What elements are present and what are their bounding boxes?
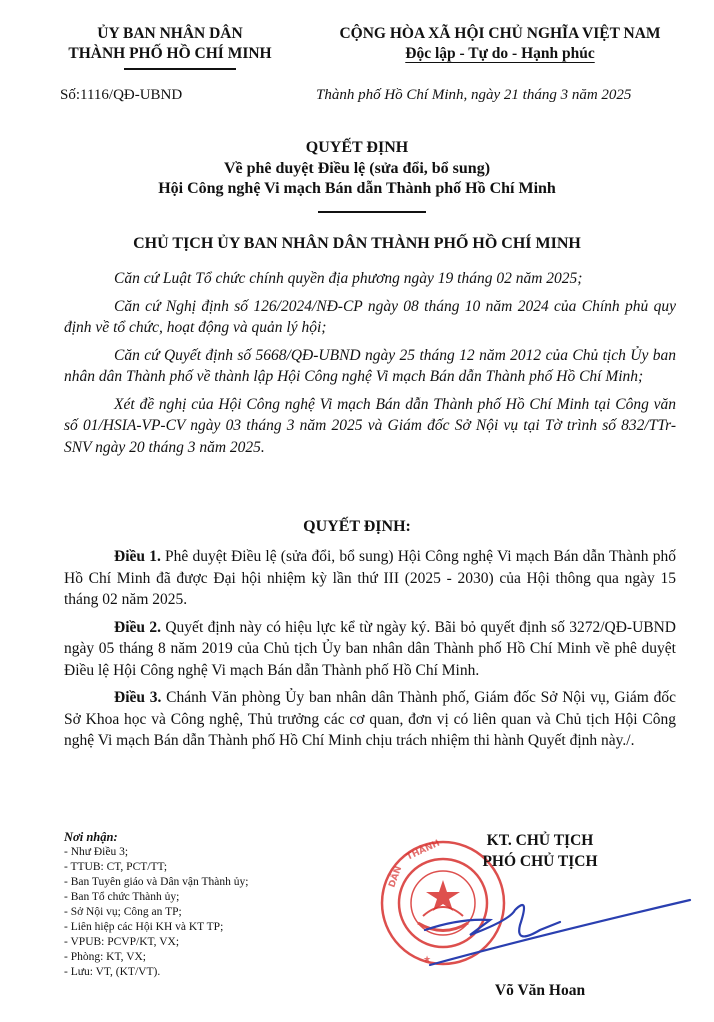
issuer-line-1: ỦY BAN NHÂN DÂN: [40, 24, 300, 44]
signature-title-1: KT. CHỦ TỊCH: [440, 830, 640, 851]
recipient-item: - Lưu: VT, (KT/VT).: [64, 965, 248, 980]
nation-line-1: CỘNG HÒA XÃ HỘI CHỦ NGHĨA VIỆT NAM: [300, 24, 700, 44]
article-label: Điều 1.: [114, 548, 161, 565]
recipient-item: - VPUB: PCVP/KT, VX;: [64, 935, 248, 950]
recipient-item: - Ban Tổ chức Thành ủy;: [64, 890, 248, 905]
signer-name: Võ Văn Hoan: [440, 982, 640, 1000]
document-number: Số:1116/QĐ-UBND: [60, 87, 182, 104]
signature-block: KT. CHỦ TỊCH PHÓ CHỦ TỊCH: [440, 830, 640, 872]
authority-heading: CHỦ TỊCH ỦY BAN NHÂN DÂN THÀNH PHỐ HỒ CH…: [0, 235, 714, 253]
issuer-header: ỦY BAN NHÂN DÂN THÀNH PHỐ HỒ CHÍ MINH: [40, 24, 300, 64]
recipient-item: - Phòng: KT, VX;: [64, 950, 248, 965]
recipient-item: - TTUB: CT, PCT/TT;: [64, 860, 248, 875]
decision-subheading: QUYẾT ĐỊNH:: [0, 518, 714, 536]
nation-motto: Độc lập - Tự do - Hạnh phúc: [405, 45, 594, 62]
article-3: Điều 3. Chánh Văn phòng Ủy ban nhân dân …: [64, 687, 676, 752]
handwritten-signature-icon: [420, 890, 700, 970]
nation-header: CỘNG HÒA XÃ HỘI CHỦ NGHĨA VIỆT NAM Độc l…: [300, 24, 700, 64]
preamble-item: Xét đề nghị của Hội Công nghệ Vi mạch Bá…: [64, 394, 676, 459]
article-2: Điều 2. Quyết định này có hiệu lực kể từ…: [64, 617, 676, 682]
decision-subtitle-1: Về phê duyệt Điều lệ (sửa đổi, bổ sung): [0, 159, 714, 180]
article-label: Điều 3.: [114, 689, 161, 706]
recipient-item: - Ban Tuyên giáo và Dân vận Thành ủy;: [64, 875, 248, 890]
articles: Điều 1. Phê duyệt Điều lệ (sửa đổi, bổ s…: [64, 546, 676, 758]
title-divider: [318, 211, 426, 213]
recipient-item: - Sở Nội vụ; Công an TP;: [64, 905, 248, 920]
recipient-item: - Liên hiệp các Hội KH và KT TP;: [64, 920, 248, 935]
recipients-list: Nơi nhận: - Như Điều 3; - TTUB: CT, PCT/…: [64, 830, 248, 980]
preamble-item: Căn cứ Quyết định số 5668/QĐ-UBND ngày 2…: [64, 345, 676, 388]
place-date: Thành phố Hồ Chí Minh, ngày 21 tháng 3 n…: [316, 87, 631, 104]
preamble-item: Căn cứ Nghị định số 126/2024/NĐ-CP ngày …: [64, 296, 676, 339]
recipients-heading: Nơi nhận:: [64, 830, 248, 845]
signature-title-2: PHÓ CHỦ TỊCH: [440, 851, 640, 872]
preamble-item: Căn cứ Luật Tổ chức chính quyền địa phươ…: [64, 268, 676, 290]
recipient-item: - Như Điều 3;: [64, 845, 248, 860]
article-label: Điều 2.: [114, 619, 161, 636]
decision-heading: QUYẾT ĐỊNH: [0, 138, 714, 159]
preamble: Căn cứ Luật Tổ chức chính quyền địa phươ…: [64, 268, 676, 464]
decision-title-block: QUYẾT ĐỊNH Về phê duyệt Điều lệ (sửa đổi…: [0, 138, 714, 200]
issuer-line-2: THÀNH PHỐ HỒ CHÍ MINH: [40, 44, 300, 64]
decision-subtitle-2: Hội Công nghệ Vi mạch Bán dẫn Thành phố …: [0, 179, 714, 200]
article-1: Điều 1. Phê duyệt Điều lệ (sửa đổi, bổ s…: [64, 546, 676, 611]
issuer-divider: [124, 68, 236, 70]
